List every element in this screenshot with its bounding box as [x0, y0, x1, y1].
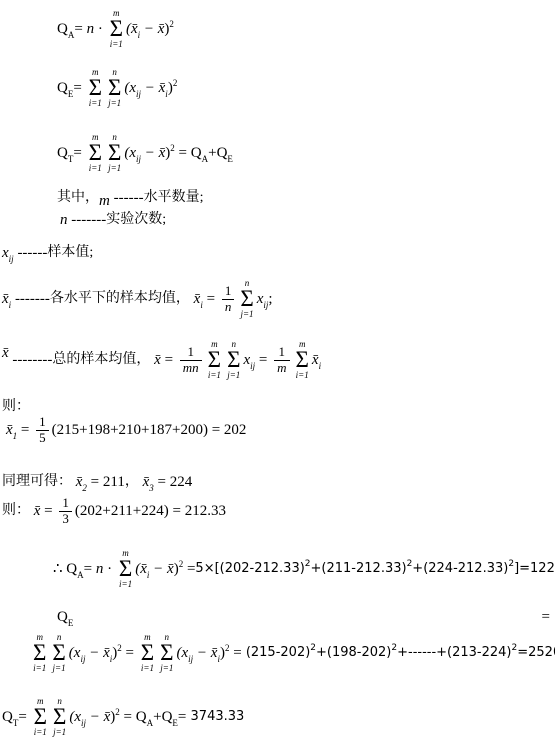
math-token: n: [60, 208, 68, 232]
sigma-glyph: Σ: [89, 77, 102, 99]
token-text: +------+(213-224): [397, 645, 511, 660]
subscript: A: [202, 154, 209, 164]
subscript: ij: [188, 654, 193, 664]
token-text: Q: [2, 709, 13, 725]
token-text: ∴: [53, 561, 66, 577]
token-text: (215-202): [242, 645, 311, 660]
superscript: 2: [179, 559, 184, 569]
sum-lower-limit: i=1: [119, 580, 132, 589]
sum-lower-limit: i=1: [110, 40, 123, 49]
math-token: ------: [110, 186, 144, 210]
math-token: (202+211+224) = 212.33: [75, 499, 226, 523]
math-token: QA: [136, 705, 153, 729]
math-token: =: [84, 557, 96, 581]
subscript: ij: [9, 254, 14, 264]
token-text: +(224-212.33): [412, 561, 508, 576]
token-text: =: [175, 145, 191, 161]
token-text: (x̄: [135, 561, 147, 577]
sigma-glyph: Σ: [110, 18, 123, 40]
subscript: E: [68, 89, 74, 99]
subscript: E: [172, 718, 178, 728]
subscript: T: [68, 154, 74, 164]
fraction-denominator: m: [274, 360, 289, 376]
token-text: n: [96, 561, 104, 577]
token-text: +(198-202): [316, 645, 391, 660]
math-token: = 211: [87, 470, 125, 494]
sum-operator: mΣi=1: [33, 633, 46, 673]
superscript: 2: [391, 643, 397, 653]
sum-operator: nΣj=1: [160, 633, 173, 673]
math-token: QE: [57, 76, 73, 100]
sum-operator: nΣj=1: [240, 279, 253, 319]
math-token: 样本值;: [47, 241, 93, 265]
math-token: 总的样本均值，: [52, 348, 150, 372]
fraction-denominator: n: [222, 299, 235, 315]
note-n-trials: n -------实验次数;: [60, 208, 166, 232]
math-token: QE: [57, 605, 73, 629]
token-text: n: [60, 212, 68, 228]
fraction: 1m: [274, 345, 289, 376]
superscript: 2: [310, 643, 316, 653]
math-token: =: [73, 141, 85, 165]
math-token: ]=1223.33: [514, 557, 555, 581]
token-text: Q: [191, 145, 202, 161]
token-text: m: [99, 193, 110, 209]
subscript: 1: [13, 431, 18, 441]
token-text: Q: [57, 21, 68, 37]
fraction: 13: [59, 496, 72, 527]
sum-operator: mΣi=1: [89, 68, 102, 108]
token-text: n: [87, 21, 95, 37]
token-text: ;: [268, 291, 272, 307]
subscript: ij: [263, 300, 268, 310]
token-text: Q: [57, 80, 68, 96]
token-text: x̄: [190, 291, 200, 307]
math-token: (215+198+210+187+200) = 202: [52, 418, 247, 442]
token-text: Q: [217, 145, 228, 161]
math-token: 同理可得：: [2, 470, 72, 494]
sum-operator: mΣi=1: [119, 549, 132, 589]
token-text: 5×[(202-212.33): [195, 561, 304, 576]
sum-lower-limit: i=1: [33, 664, 46, 673]
math-token: (x̄i: [135, 557, 149, 581]
token-text: = 211: [87, 474, 125, 490]
superscript: 2: [170, 143, 175, 153]
token-text: =: [40, 503, 56, 519]
token-text: ·: [94, 21, 107, 37]
math-token: QT: [2, 705, 18, 729]
fraction-numerator: 1: [277, 345, 288, 360]
math-token: +(211-212.33)2: [311, 557, 413, 581]
formula-qe-def: QE= mΣi=1nΣj=1(xij − x̄i)2: [57, 68, 177, 108]
sigma-glyph: Σ: [208, 349, 221, 371]
math-token: x̄: [2, 341, 9, 365]
sum-operator: mΣi=1: [34, 697, 47, 737]
math-token: (xij: [124, 141, 141, 165]
subscript: i: [319, 361, 322, 371]
math-token: (xij: [124, 76, 141, 100]
token-text: 同理可得：: [2, 474, 72, 489]
math-token: )2: [112, 641, 122, 665]
sigma-glyph: Σ: [227, 349, 240, 371]
math-token: xij: [2, 241, 14, 265]
subscript: T: [13, 718, 19, 728]
token-text: =: [73, 80, 85, 96]
token-text: − x̄: [85, 645, 109, 661]
calc-qe-value: mΣi=1nΣj=1(xij − x̄i)2 = mΣi=1nΣj=1(xij …: [30, 633, 555, 673]
math-token: =: [542, 605, 550, 629]
calc-qt-value: QT= mΣi=1nΣj=1(xij − x̄)2 = QA+QE= 3743.…: [2, 697, 244, 737]
sum-operator: mΣi=1: [89, 133, 102, 173]
math-token: x̄i: [190, 287, 203, 311]
math-token: 水平数量;: [144, 186, 204, 210]
token-text: -------: [68, 212, 107, 228]
math-token: =2520: [517, 641, 555, 665]
token-text: Q: [136, 709, 147, 725]
math-token: xij: [243, 348, 255, 372]
math-token: ·: [94, 17, 107, 41]
math-token: 实验次数;: [106, 208, 166, 232]
token-text: =: [161, 352, 177, 368]
math-token: ;: [268, 287, 272, 311]
token-text: ·: [103, 561, 116, 577]
token-text: x̄: [139, 474, 149, 490]
math-token: )2: [168, 76, 178, 100]
fraction: 1n: [222, 284, 235, 315]
calc-qa-value: ∴ QA= n · mΣi=1(x̄i − x̄)2 =5×[(202-212.…: [53, 549, 555, 589]
math-token: x̄i: [312, 348, 321, 372]
token-text: x̄: [30, 503, 40, 519]
math-token: n: [87, 17, 95, 41]
math-token: x̄: [30, 499, 40, 523]
math-token: − x̄: [141, 141, 165, 165]
math-token: (xij: [69, 641, 86, 665]
math-token: (xij: [69, 705, 86, 729]
math-token: − x̄i: [193, 641, 220, 665]
token-text: Q: [162, 709, 173, 725]
sum-lower-limit: j=1: [160, 664, 173, 673]
sigma-glyph: Σ: [108, 142, 121, 164]
note-m-levels: 其中，m ------水平数量;: [57, 186, 203, 210]
formula-qa-def: QA= n · mΣi=1(x̄i − x̄)2: [57, 9, 174, 49]
token-text: (215+198+210+187+200) = 202: [52, 422, 247, 438]
token-text: − x̄: [149, 561, 173, 577]
math-token: x̄: [150, 348, 160, 372]
token-text: Q: [57, 609, 68, 625]
subscript: i: [9, 300, 12, 310]
math-token: QE: [217, 141, 233, 165]
math-token: )2: [165, 141, 175, 165]
sum-lower-limit: j=1: [240, 310, 253, 319]
sum-operator: nΣj=1: [108, 133, 121, 173]
token-text: ]=1223.33: [514, 561, 555, 576]
math-token: =: [229, 641, 241, 665]
math-token: x̄1: [6, 418, 17, 442]
superscript: 2: [407, 559, 413, 569]
math-token: =: [255, 348, 271, 372]
subscript: E: [68, 618, 74, 628]
token-text: = 224: [154, 474, 192, 490]
math-token: )2: [174, 557, 184, 581]
subscript: ij: [136, 154, 141, 164]
math-token: =: [161, 348, 177, 372]
math-token: x̄i: [2, 287, 11, 311]
math-token: =: [120, 705, 136, 729]
math-token: (xij: [177, 641, 194, 665]
superscript: 2: [115, 707, 120, 717]
calc-xbar1: x̄1 = 15(215+198+210+187+200) = 202: [6, 415, 246, 446]
token-text: ------: [110, 190, 144, 206]
sum-lower-limit: i=1: [141, 664, 154, 673]
calc-xbar2-xbar3: 同理可得： x̄2 = 211， x̄3 = 224: [2, 470, 192, 494]
sum-lower-limit: j=1: [53, 728, 66, 737]
token-text: =: [122, 645, 138, 661]
math-token: QT: [57, 141, 73, 165]
sigma-glyph: Σ: [141, 642, 154, 664]
token-text: x̄: [150, 352, 160, 368]
subscript: E: [227, 154, 233, 164]
superscript: 2: [117, 643, 122, 653]
token-text: --------: [9, 352, 53, 368]
token-text: (x: [69, 645, 81, 661]
math-token: =: [17, 418, 33, 442]
sum-operator: mΣi=1: [208, 340, 221, 380]
calc-xbar-total: 则： x̄ = 13(202+211+224) = 212.33: [2, 496, 226, 527]
token-text: =: [542, 609, 550, 625]
math-token: QA: [191, 141, 208, 165]
sigma-glyph: Σ: [89, 142, 102, 164]
subscript: i: [138, 30, 141, 40]
sigma-glyph: Σ: [240, 288, 253, 310]
token-text: x̄: [312, 352, 319, 368]
sigma-glyph: Σ: [119, 558, 132, 580]
sum-operator: mΣi=1: [141, 633, 154, 673]
fraction-numerator: 1: [223, 284, 234, 299]
sigma-glyph: Σ: [108, 77, 121, 99]
math-token: =: [40, 499, 56, 523]
token-text: =: [120, 709, 136, 725]
sigma-glyph: Σ: [33, 642, 46, 664]
note-xij-sample: xij ------样本值;: [2, 241, 93, 265]
math-token: QA: [57, 17, 74, 41]
sigma-glyph: Σ: [52, 642, 65, 664]
subscript: ij: [81, 718, 86, 728]
token-text: =: [17, 422, 33, 438]
math-token: − x̄i: [85, 641, 112, 665]
token-text: Q: [66, 561, 77, 577]
token-text: =: [74, 21, 86, 37]
subscript: i: [110, 654, 113, 664]
token-text: 则：: [2, 399, 30, 414]
note-xbar-total-mean: x̄ --------总的样本均值， x̄ = 1mnmΣi=1nΣj=1xij…: [2, 340, 321, 380]
sum-operator: nΣj=1: [227, 340, 240, 380]
token-text: 其中，: [57, 190, 99, 205]
math-token: n: [96, 557, 104, 581]
superscript: 2: [225, 643, 230, 653]
math-token: +: [153, 705, 161, 729]
token-text: =: [183, 561, 195, 577]
sigma-glyph: Σ: [160, 642, 173, 664]
math-token: 3743.33: [186, 705, 244, 729]
math-token: )2: [164, 17, 174, 41]
subscript: ij: [136, 89, 141, 99]
token-text: 3743.33: [186, 709, 244, 724]
token-text: 各水平下的样本均值，: [50, 291, 190, 306]
math-token: 各水平下的样本均值，: [50, 287, 190, 311]
token-text: 水平数量;: [144, 190, 204, 205]
math-token: +: [208, 141, 216, 165]
superscript: 2: [512, 643, 518, 653]
subscript: 2: [82, 483, 87, 493]
formula-document: QA= n · mΣi=1(x̄i − x̄)2 QE= mΣi=1nΣj=1(…: [0, 0, 555, 752]
token-text: +: [208, 145, 216, 161]
math-token: 5×[(202-212.33)2: [195, 557, 310, 581]
token-text: 总的样本均值，: [52, 352, 150, 367]
token-text: =: [18, 709, 30, 725]
sum-lower-limit: i=1: [89, 164, 102, 173]
token-text: x̄: [2, 291, 9, 307]
token-text: (x: [177, 645, 189, 661]
token-text: (202+211+224) = 212.33: [75, 503, 226, 519]
token-text: Q: [57, 145, 68, 161]
calc-qe-lhs: QE=: [57, 605, 550, 629]
subscript: i: [200, 300, 203, 310]
token-text: − x̄: [141, 80, 165, 96]
sum-lower-limit: j=1: [227, 371, 240, 380]
math-token: − x̄: [86, 705, 110, 729]
math-token: =: [175, 141, 191, 165]
token-text: =: [255, 352, 271, 368]
token-text: − x̄: [141, 145, 165, 161]
math-token: =: [183, 557, 195, 581]
token-text: =: [84, 561, 96, 577]
math-token: − x̄: [149, 557, 173, 581]
sum-lower-limit: i=1: [34, 728, 47, 737]
fraction-denominator: 3: [59, 511, 72, 527]
math-token: 其中，: [57, 186, 99, 210]
token-text: ): [174, 561, 179, 577]
token-text: 实验次数;: [106, 212, 166, 227]
math-token: +(224-212.33)2: [412, 557, 514, 581]
subscript: A: [68, 30, 75, 40]
superscript: 2: [508, 559, 514, 569]
formula-qt-def: QT= mΣi=1nΣj=1(xij − x̄)2 = QA+QE: [57, 133, 233, 173]
math-token: QE: [162, 705, 178, 729]
math-token: xij: [257, 287, 269, 311]
token-text: ，: [125, 474, 139, 489]
math-token: -------: [11, 287, 50, 311]
sum-lower-limit: j=1: [108, 99, 121, 108]
math-token: ------: [14, 241, 48, 265]
math-token: = 224: [154, 470, 192, 494]
token-text: =: [73, 145, 85, 161]
sigma-glyph: Σ: [34, 706, 47, 728]
math-token: x̄2: [72, 470, 87, 494]
subscript: i: [217, 654, 220, 664]
sum-lower-limit: i=1: [208, 371, 221, 380]
subscript: ij: [250, 361, 255, 371]
token-text: (x̄: [126, 21, 138, 37]
math-token: =: [203, 287, 219, 311]
token-text: 则：: [2, 503, 30, 518]
subscript: ij: [80, 654, 85, 664]
sum-operator: mΣi=1: [110, 9, 123, 49]
math-token: +(198-202)2: [316, 641, 397, 665]
token-text: (x: [69, 709, 81, 725]
math-token: =: [178, 705, 186, 729]
math-token: ，: [125, 470, 139, 494]
token-text: x: [2, 245, 9, 261]
sum-lower-limit: j=1: [108, 164, 121, 173]
math-token: ·: [103, 557, 116, 581]
token-text: ------: [14, 245, 48, 261]
sigma-glyph: Σ: [53, 706, 66, 728]
token-text: +: [153, 709, 161, 725]
fraction-numerator: 1: [37, 415, 48, 430]
math-token: QA: [66, 557, 83, 581]
token-text: =: [203, 291, 219, 307]
subscript: A: [77, 570, 84, 580]
fraction: 15: [36, 415, 49, 446]
token-text: -------: [11, 291, 50, 307]
subscript: 3: [149, 483, 154, 493]
math-token: -------: [68, 208, 107, 232]
subscript: i: [165, 89, 168, 99]
superscript: 2: [169, 19, 174, 29]
math-token: +------+(213-224)2: [397, 641, 517, 665]
sum-operator: nΣj=1: [108, 68, 121, 108]
math-token: =: [74, 17, 86, 41]
fraction-numerator: 1: [185, 345, 196, 360]
fraction-denominator: 5: [36, 430, 49, 446]
token-text: − x̄: [140, 21, 164, 37]
token-text: =: [178, 709, 186, 725]
math-token: x̄3: [139, 470, 154, 494]
math-token: =: [73, 76, 85, 100]
sum-operator: mΣi=1: [296, 340, 309, 380]
superscript: 2: [305, 559, 311, 569]
token-text: x̄: [2, 345, 9, 361]
math-token: )2: [220, 641, 230, 665]
token-text: − x̄: [86, 709, 110, 725]
token-text: 样本值;: [47, 245, 93, 260]
note-xbar-i-mean: x̄i -------各水平下的样本均值， x̄i = 1nnΣj=1xij;: [2, 279, 273, 319]
sum-lower-limit: j=1: [53, 664, 66, 673]
math-token: (215-202)2: [242, 641, 316, 665]
token-text: − x̄: [193, 645, 217, 661]
fraction: 1mn: [180, 345, 202, 376]
math-token: )2: [110, 705, 120, 729]
math-token: − x̄i: [141, 76, 168, 100]
token-text: (x: [124, 145, 136, 161]
math-token: (x̄i: [126, 17, 140, 41]
token-text: x̄: [72, 474, 82, 490]
token-text: =: [229, 645, 241, 661]
token-text: x̄: [6, 422, 13, 438]
math-token: =: [18, 705, 30, 729]
sum-operator: nΣj=1: [53, 697, 66, 737]
math-token: --------: [9, 348, 53, 372]
subscript: A: [147, 718, 154, 728]
token-text: (x: [124, 80, 136, 96]
fraction-denominator: mn: [180, 360, 202, 376]
sum-lower-limit: i=1: [89, 99, 102, 108]
superscript: 2: [173, 78, 178, 88]
fraction-numerator: 1: [60, 496, 71, 511]
token-text: +(211-212.33): [311, 561, 407, 576]
math-token: − x̄: [140, 17, 164, 41]
token-text: =2520: [517, 645, 555, 660]
